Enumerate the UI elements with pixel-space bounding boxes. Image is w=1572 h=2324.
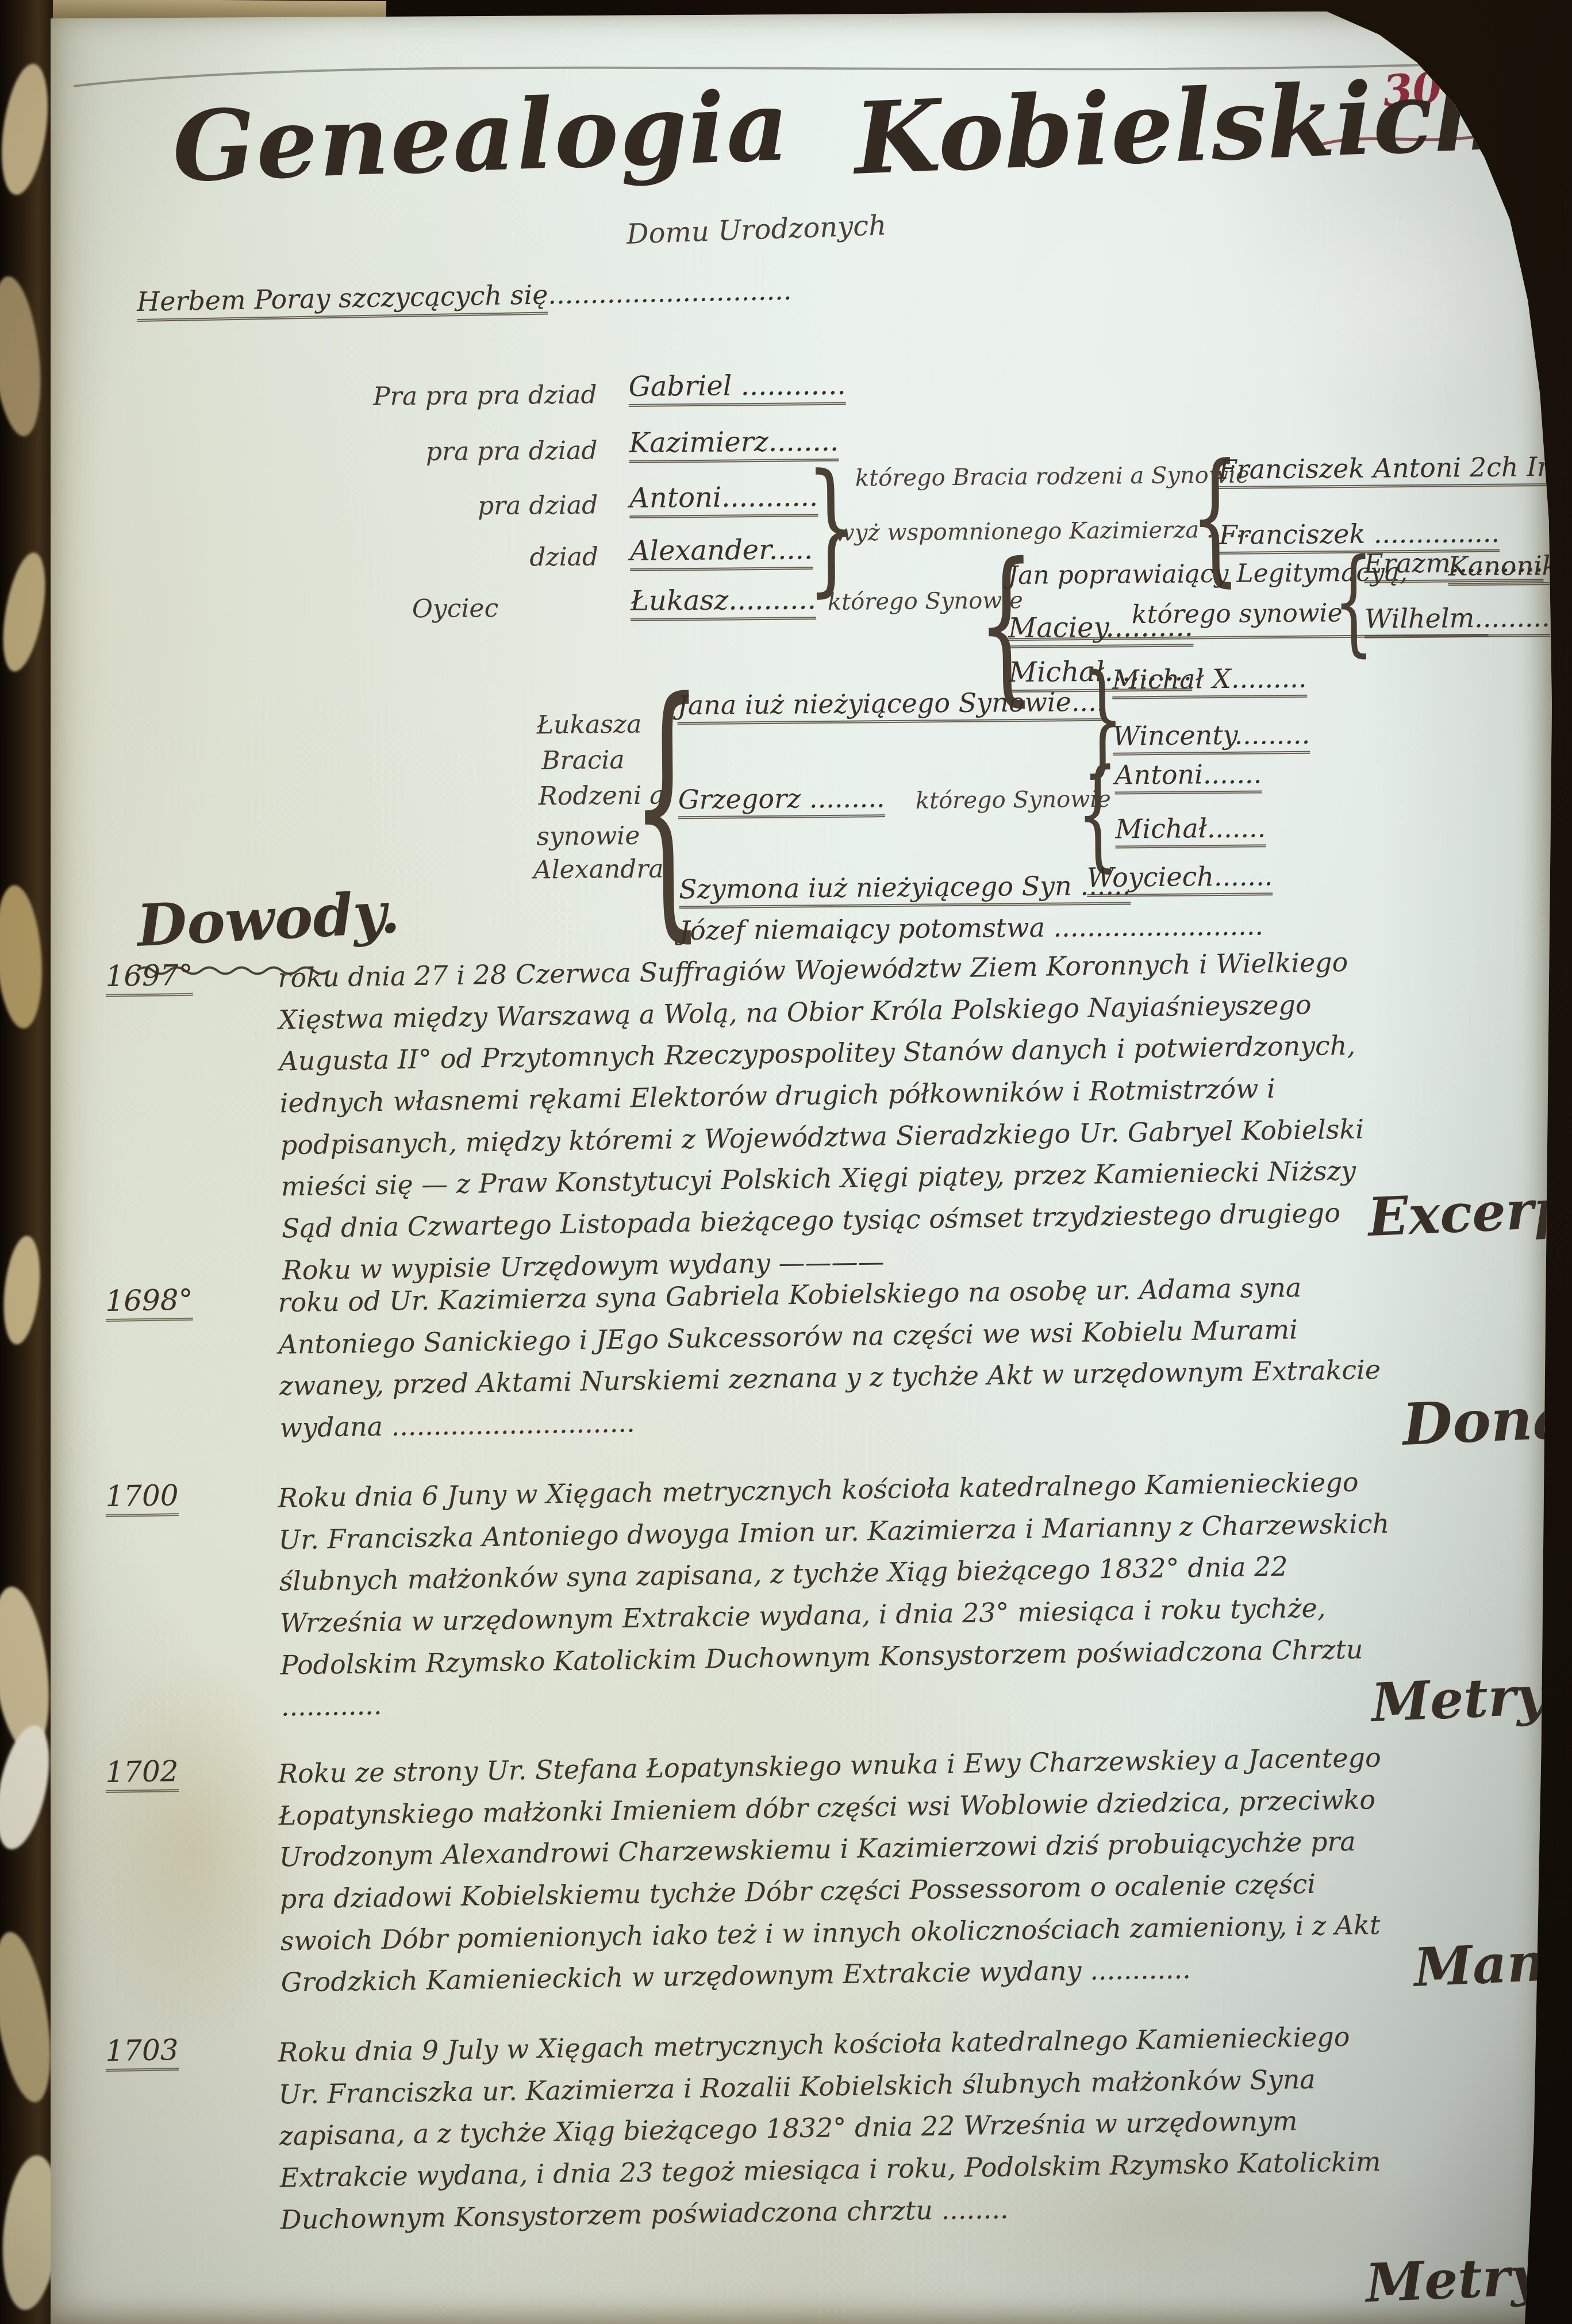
entry-year: 1703 bbox=[105, 2032, 280, 2244]
dowod-entry: 1700 Roku dnia 6 Juny w Xięgach metryczn… bbox=[105, 1461, 1396, 1730]
ancestor-name: Antoni........... bbox=[629, 480, 818, 518]
generation-label: pra dziad bbox=[253, 490, 598, 522]
section-heading-dowody: Dowody. bbox=[135, 878, 401, 960]
margin-tag: Metryka bbox=[1365, 2242, 1572, 2315]
generation-label: dziad bbox=[253, 542, 598, 574]
uncles-label-line: Bracia bbox=[541, 745, 625, 775]
margin-tag: Donacia bbox=[1401, 1379, 1572, 1459]
entry-year: 1700 bbox=[105, 1477, 281, 1730]
entry-body: Roku ze strony Ur. Stefana Łopatynskiego… bbox=[278, 1737, 1396, 2004]
entry-year: 1702 bbox=[105, 1753, 281, 2006]
entry-year: 1698° bbox=[105, 1282, 280, 1452]
entry-body: Roku dnia 6 Juny w Xięgach metrycznych k… bbox=[278, 1461, 1396, 1728]
dowod-entry: 1703 Roku dnia 9 July w Xięgach metryczn… bbox=[105, 2015, 1396, 2244]
cousin-name: Wincenty......... bbox=[1113, 719, 1310, 756]
son-name: Maciey.......... bbox=[1008, 610, 1193, 648]
manuscript-photo: 30. Genealogia Domu Urodzonych Kobielski… bbox=[0, 0, 1572, 2324]
margin-tag: Metryka bbox=[1370, 1661, 1572, 1734]
tree-brace: { bbox=[1076, 753, 1119, 875]
entry-body: roku dnia 27 i 28 Czerwca Suffragiów Woj… bbox=[278, 941, 1397, 1291]
generation-label: Oyciec bbox=[412, 594, 499, 624]
dowod-entry: 1697° roku dnia 27 i 28 Czerwca Suffragi… bbox=[105, 941, 1397, 1294]
brace-note: wyż wspomnionego Kazimierza ...... bbox=[835, 517, 1251, 547]
margin-tag: Excerpt. bbox=[1367, 1176, 1572, 1249]
cousin-name: Woyciech....... bbox=[1087, 860, 1273, 897]
ancestor-name: Gabriel ............ bbox=[628, 369, 846, 407]
manuscript-page: 30. Genealogia Domu Urodzonych Kobielski… bbox=[51, 11, 1552, 2324]
entry-body: roku od Ur. Kazimierza syna Gabriela Kob… bbox=[278, 1265, 1395, 1449]
father-name: Łukasz.......... bbox=[631, 583, 817, 621]
uncle-name: Grzegorz ......... bbox=[678, 782, 885, 819]
descendant-name: Franciszek Antoni 2ch Imion Biskup bbox=[1219, 450, 1572, 489]
uncle-name: Szymona iuż nieżyiącego Syn ...... bbox=[679, 869, 1131, 909]
entry-year: 1697° bbox=[105, 957, 283, 1294]
entry-body: Roku dnia 9 July w Xięgach metrycznych k… bbox=[278, 2015, 1396, 2241]
margin-tag: Manifest bbox=[1413, 1925, 1572, 1999]
uncle-name: Józef niemaiący potomstwa ..............… bbox=[679, 910, 1264, 946]
dowod-entry: 1698° roku od Ur. Kazimierza syna Gabrie… bbox=[105, 1265, 1395, 1452]
ancestor-name: Alexander..... bbox=[630, 533, 813, 571]
generation-label: pra pra dziad bbox=[252, 436, 597, 468]
generation-label: Pra pra pra dziad bbox=[252, 380, 597, 412]
grandson-name: Wilhelm......... bbox=[1365, 602, 1550, 638]
cousin-name: Michał X......... bbox=[1112, 663, 1307, 699]
uncles-label-line: Łukasza bbox=[536, 710, 641, 740]
uncle-name: Jana iuż nieżyiącego Synowie.... bbox=[677, 686, 1105, 725]
dowod-entry: 1702 Roku ze strony Ur. Stefana Łopatyns… bbox=[105, 1737, 1396, 2006]
grandson-name: Erazm........... bbox=[1364, 547, 1543, 583]
uncles-label-line: synowie bbox=[536, 821, 640, 852]
cousin-name: Antoni....... bbox=[1114, 758, 1262, 794]
cousin-name: Michał....... bbox=[1115, 812, 1266, 848]
